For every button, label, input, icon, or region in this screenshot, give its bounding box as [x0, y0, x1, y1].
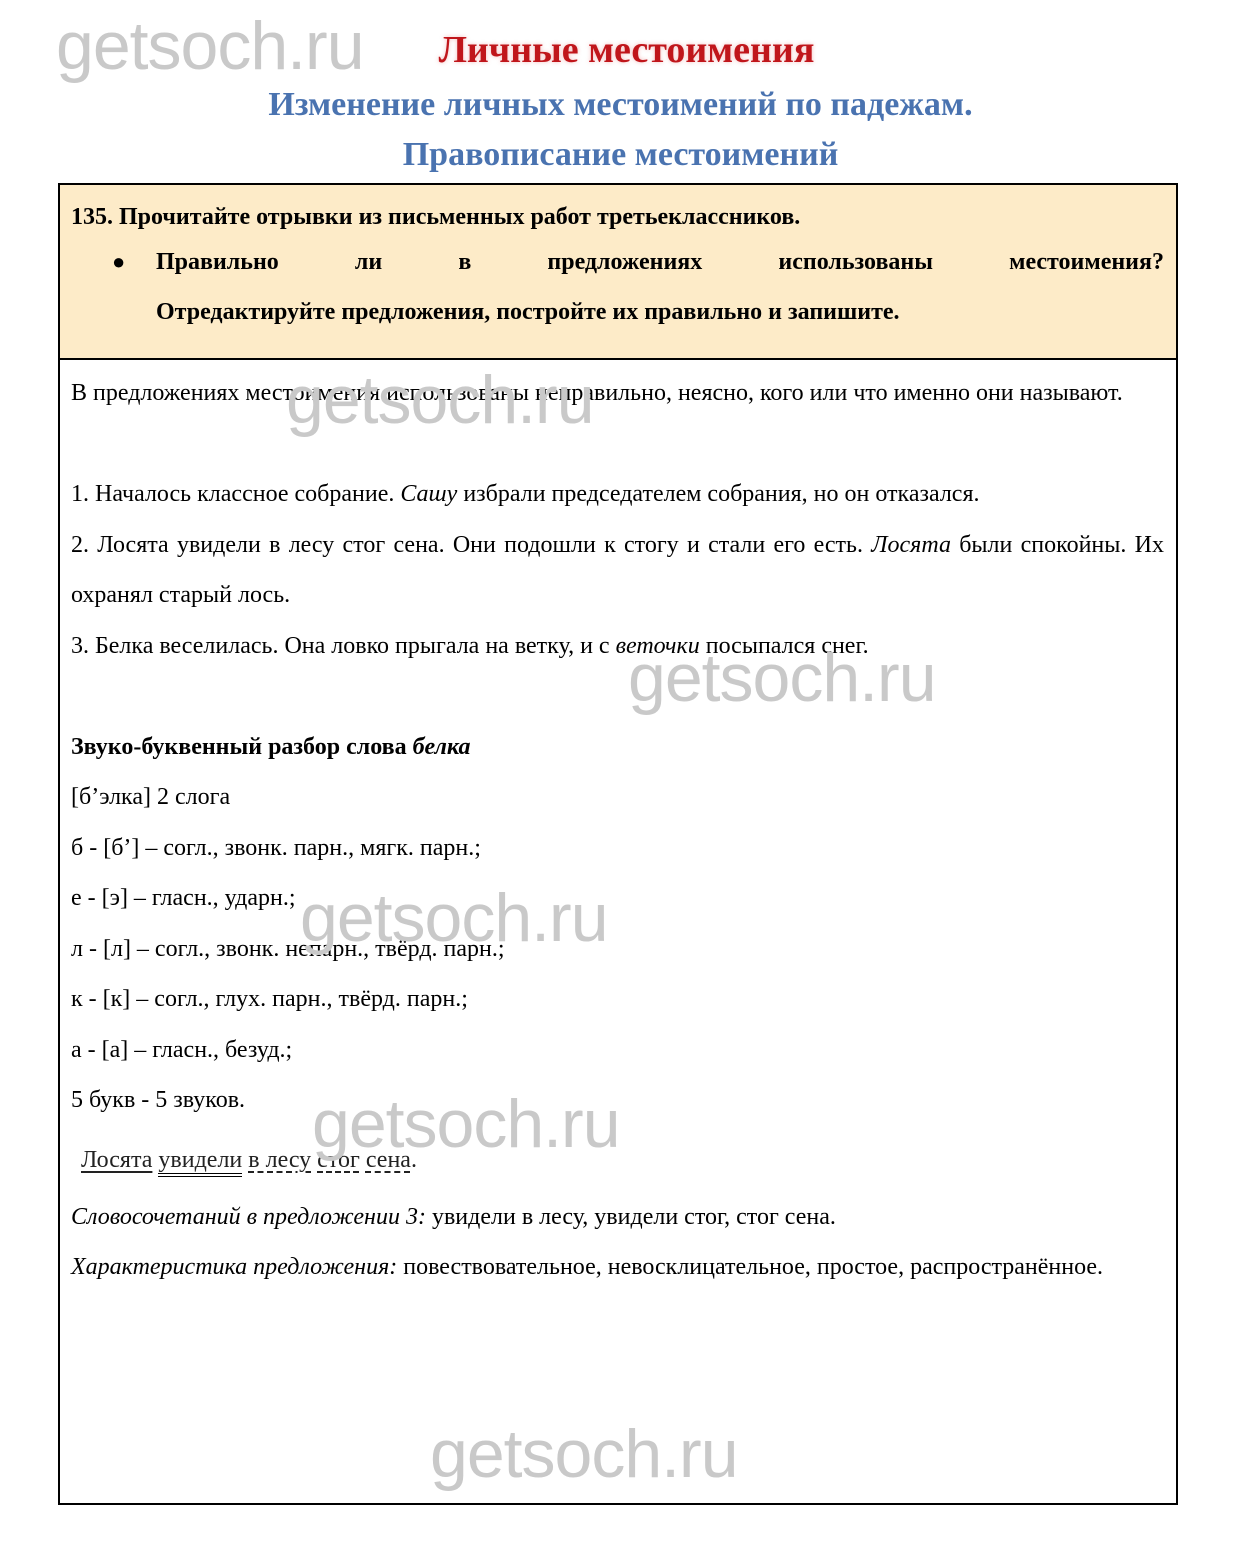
bullet-icon: ●	[112, 237, 156, 337]
task-heading: 135. Прочитайте отрывки из письменных ра…	[71, 199, 1164, 235]
sentence-parse: Лосята увидели в лесу стог сена.	[71, 1130, 1164, 1190]
task-box: 135. Прочитайте отрывки из письменных ра…	[60, 185, 1176, 360]
page-subtitle-line2: Правописание местоимений	[0, 136, 1241, 174]
question-word: использованы	[778, 237, 933, 287]
phonetic-line: л - [л] – согл., звонк. непарн., твёрд. …	[71, 924, 1164, 975]
object-word: стог	[317, 1147, 360, 1173]
page-subtitle-line1: Изменение личных местоимений по падежам.	[0, 86, 1241, 124]
characteristic-line: Характеристика предложения: повествовате…	[71, 1242, 1164, 1293]
question-word: в	[458, 237, 471, 287]
attribute-word: сена	[366, 1147, 411, 1173]
question-word: предложениях	[547, 237, 702, 287]
answer-item-2: 2. Лосята увидели в лесу стог сена. Они …	[71, 520, 1164, 621]
adverbial-phrase: в лесу	[248, 1147, 311, 1173]
phonetic-summary: 5 букв - 5 звуков.	[71, 1075, 1164, 1126]
answer-section: В предложениях местоимения использованы …	[60, 360, 1176, 1293]
question-word: Правильно	[156, 237, 279, 287]
question-word: местоимения?	[1009, 237, 1164, 287]
question-word: ли	[355, 237, 382, 287]
answer-item-3: 3. Белка веселилась. Она ловко прыгала н…	[71, 621, 1164, 672]
phrases-line: Словосочетаний в предложении 3: увидели …	[71, 1192, 1164, 1243]
answer-item-1: 1. Началось классное собрание. Сашу избр…	[71, 469, 1164, 520]
phonetic-line: б - [б’] – согл., звонк. парн., мягк. па…	[71, 823, 1164, 874]
predicate-word: увидели	[158, 1147, 242, 1177]
phonetic-line: е - [э] – гласн., ударн.;	[71, 873, 1164, 924]
task-bullet-item: ● Правильно ли в предложениях использова…	[71, 237, 1164, 337]
answer-intro: В предложениях местоимения использованы …	[71, 368, 1164, 419]
phonetic-transcription: [б’элка] 2 слога	[71, 772, 1164, 823]
page-title-text: Личные местоимения	[439, 28, 815, 72]
task-question: Правильно ли в предложениях использованы…	[156, 237, 1164, 287]
phonetic-line: а - [а] – гласн., безуд.;	[71, 1025, 1164, 1076]
task-instruction: Отредактируйте предложения, постройте их…	[156, 287, 1164, 337]
phonetic-line: к - [к] – согл., глух. парн., твёрд. пар…	[71, 974, 1164, 1025]
page-title: Личные местоимения	[0, 28, 1241, 72]
exercise-card: 135. Прочитайте отрывки из письменных ра…	[58, 183, 1178, 1505]
phonetic-heading: Звуко-буквенный разбор слова белка	[71, 722, 1164, 773]
subject-word: Лосята	[81, 1147, 152, 1173]
